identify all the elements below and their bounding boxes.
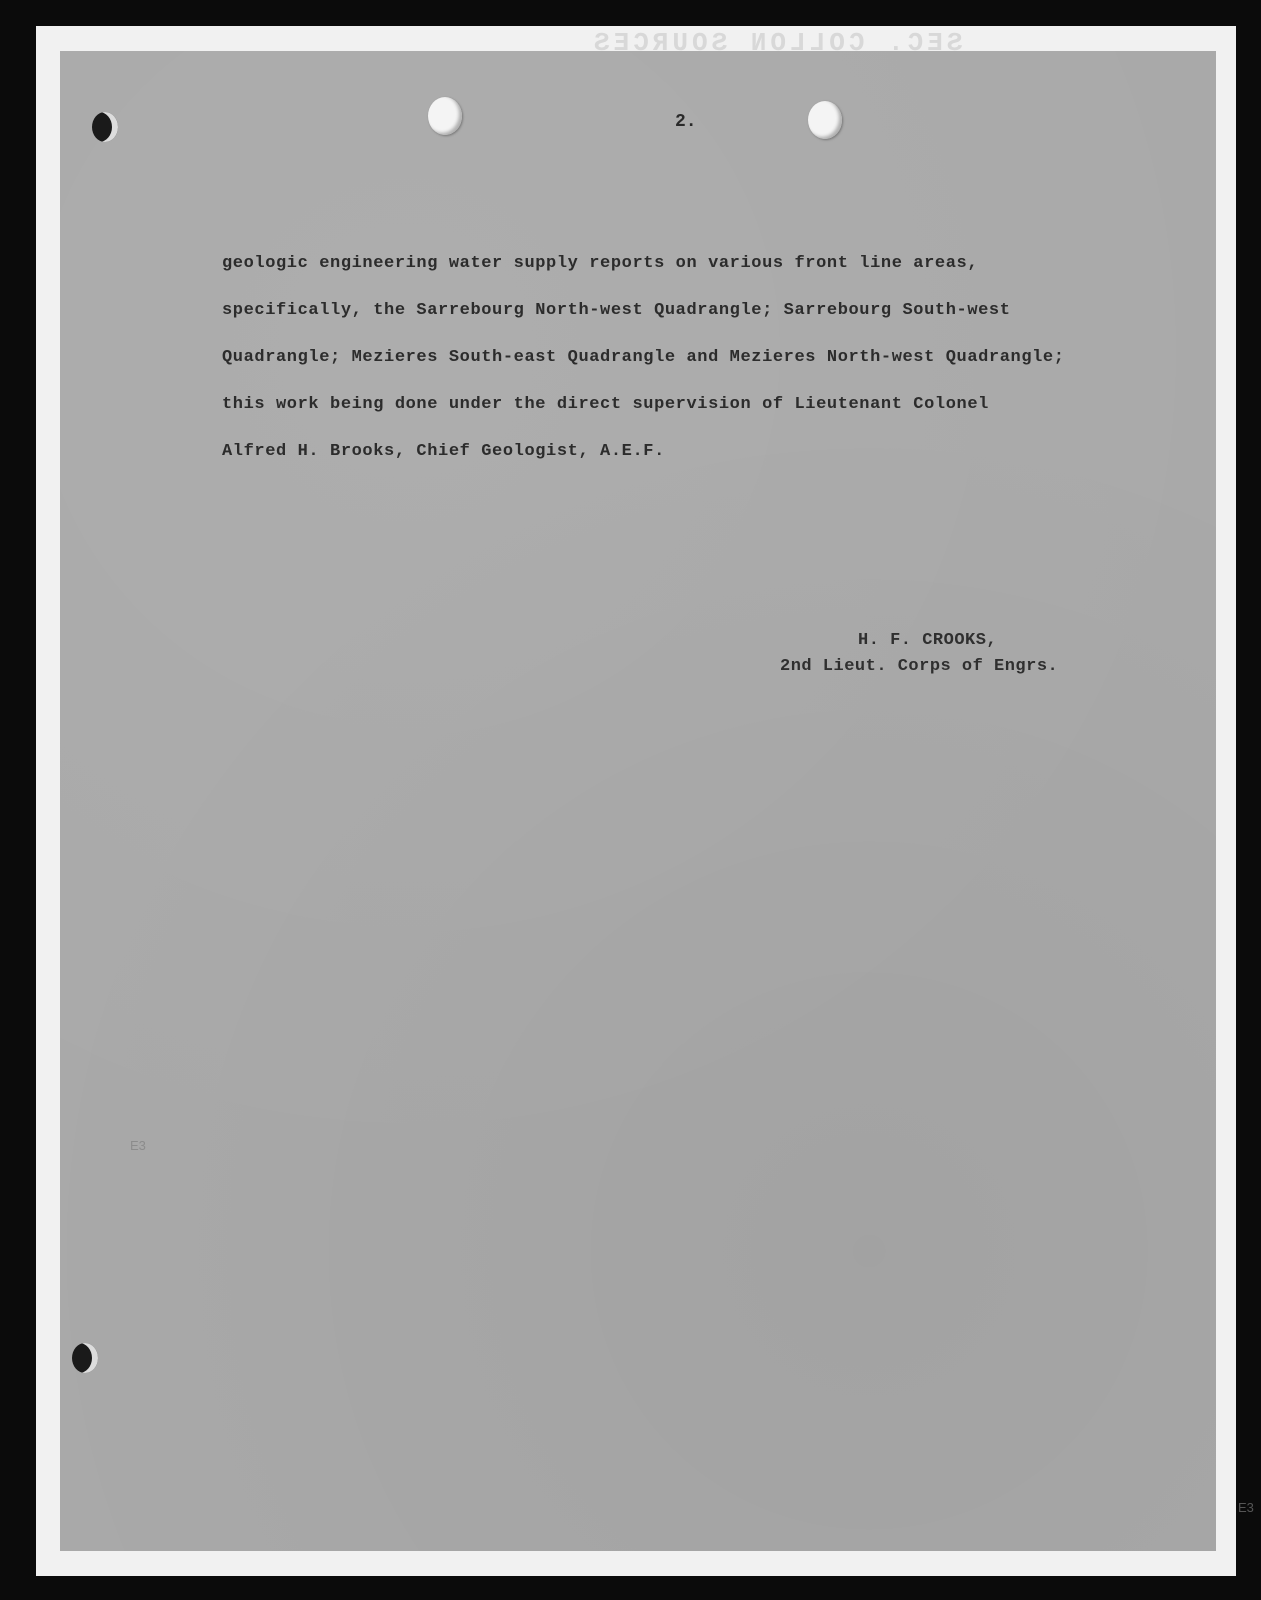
body-paragraph: geologic engineering water supply report…: [222, 240, 1122, 475]
punch-hole-top-left-icon: [92, 112, 118, 142]
margin-marking: E3: [130, 1138, 146, 1153]
body-line: geologic engineering water supply report…: [222, 240, 1122, 287]
edge-marking: E3: [1238, 1500, 1254, 1515]
signatory-name: H. F. CROOKS,: [780, 628, 1058, 654]
punch-hole-bottom-left-icon: [72, 1343, 98, 1373]
body-line: Alfred H. Brooks, Chief Geologist, A.E.F…: [222, 428, 1122, 475]
page-number: 2.: [675, 112, 697, 132]
body-line: this work being done under the direct su…: [222, 381, 1122, 428]
punch-hole-top-right-icon: [808, 101, 842, 139]
punch-hole-top-center-icon: [428, 97, 462, 135]
body-line: specifically, the Sarrebourg North-west …: [222, 287, 1122, 334]
signatory-title: 2nd Lieut. Corps of Engrs.: [780, 654, 1058, 680]
signature-block: H. F. CROOKS, 2nd Lieut. Corps of Engrs.: [780, 628, 1058, 680]
body-line: Quadrangle; Mezieres South-east Quadrang…: [222, 334, 1122, 381]
